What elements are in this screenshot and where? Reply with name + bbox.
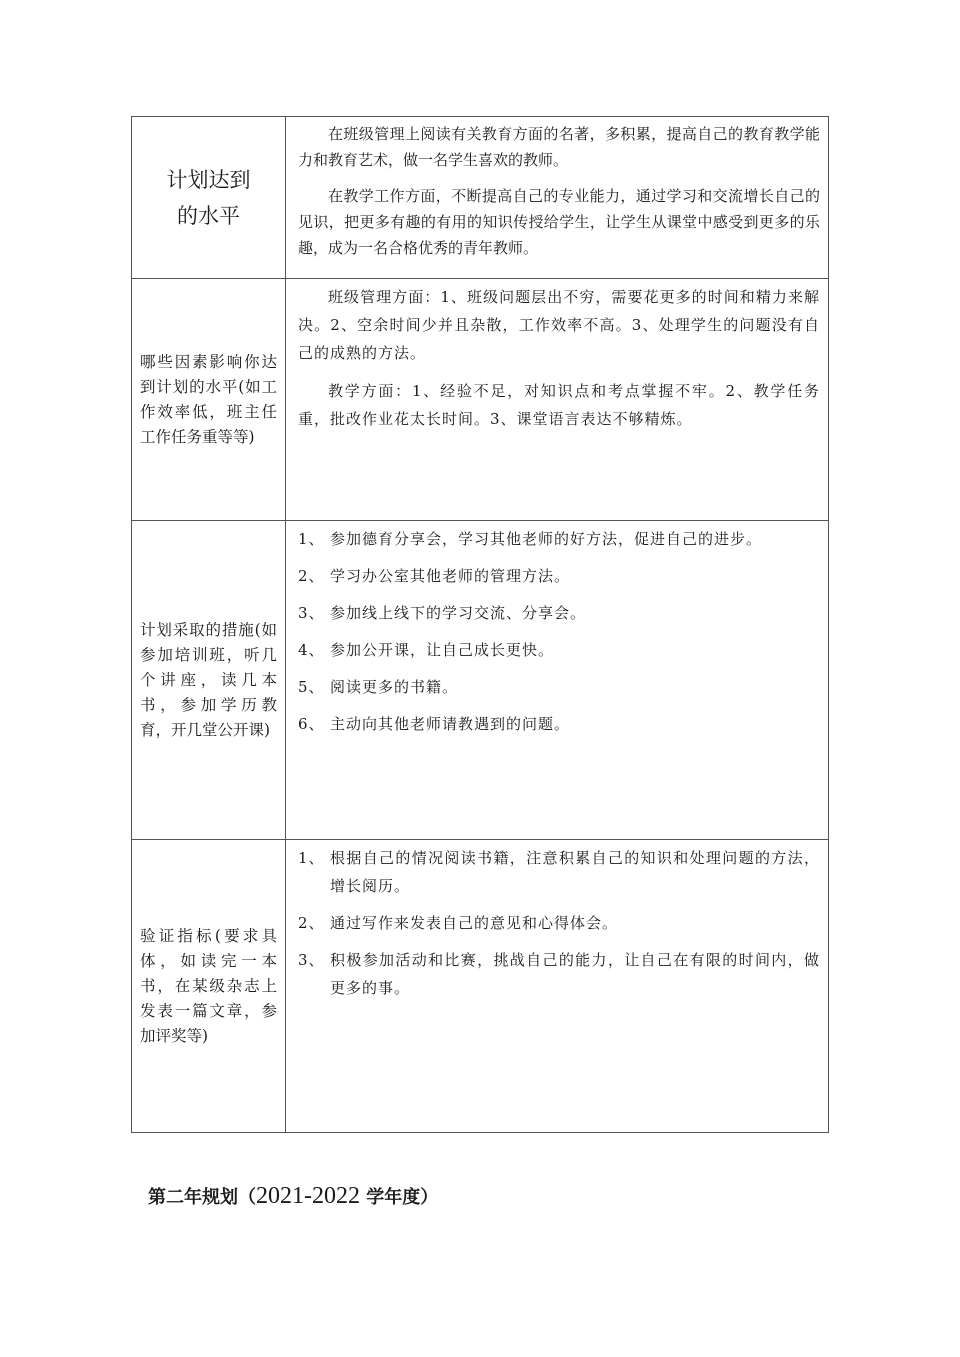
table-row-influencing-factors: 哪些因素影响你达到计划的水平(如工作效率低，班主任工作任务重等等) 班级管理方面… xyxy=(132,279,829,521)
list-item: 2、学习办公室其他老师的管理方法。 xyxy=(298,562,820,590)
paragraph: 班级管理方面：1、班级问题层出不穷，需要花更多的时间和精力来解决。2、空余时间少… xyxy=(298,283,820,367)
row-label-cell: 计划采取的措施(如参加培训班，听几个讲座，读几本书，参加学历教育，开几堂公开课) xyxy=(132,521,286,840)
row-content-cell: 班级管理方面：1、班级问题层出不穷，需要花更多的时间和精力来解决。2、空余时间少… xyxy=(286,279,829,521)
paragraph: 在班级管理上阅读有关教育方面的名著，多积累，提高自己的教育教学能力和教育艺术，做… xyxy=(298,121,820,173)
paragraph: 在教学工作方面，不断提高自己的专业能力，通过学习和交流增长自己的见识，把更多有趣… xyxy=(298,183,820,261)
row-label-planned-measures: 计划采取的措施(如参加培训班，听几个讲座，读几本书，参加学历教育，开几堂公开课) xyxy=(132,618,285,743)
list-item: 3、参加线上线下的学习交流、分享会。 xyxy=(298,599,820,627)
row-content-cell: 1、参加德育分享会，学习其他老师的好方法，促进自己的进步。 2、学习办公室其他老… xyxy=(286,521,829,840)
table-row-target-level: 计划达到 的水平 在班级管理上阅读有关教育方面的名著，多积累，提高自己的教育教学… xyxy=(132,117,829,279)
row-content-cell: 1、根据自己的情况阅读书籍，注意积累自己的知识和处理问题的方法，增长阅历。 2、… xyxy=(286,840,829,1133)
list-item: 2、通过写作来发表自己的意见和心得体会。 xyxy=(298,909,820,937)
row-label-cell: 计划达到 的水平 xyxy=(132,117,286,279)
section-heading-second-year-plan: 第二年规划（2021-2022 学年度） xyxy=(148,1183,438,1210)
list-item: 6、主动向其他老师请教遇到的问题。 xyxy=(298,710,820,738)
table-row-planned-measures: 计划采取的措施(如参加培训班，听几个讲座，读几本书，参加学历教育，开几堂公开课)… xyxy=(132,521,829,840)
list-item: 1、根据自己的情况阅读书籍，注意积累自己的知识和处理问题的方法，增长阅历。 xyxy=(298,844,820,900)
indicators-list: 1、根据自己的情况阅读书籍，注意积累自己的知识和处理问题的方法，增长阅历。 2、… xyxy=(298,844,820,1002)
row-label-verification-indicators: 验证指标(要求具体，如读完一本书，在某级杂志上发表一篇文章，参加评奖等) xyxy=(132,924,285,1049)
row-label-target-level: 计划达到 的水平 xyxy=(132,162,285,234)
development-plan-table: 计划达到 的水平 在班级管理上阅读有关教育方面的名著，多积累，提高自己的教育教学… xyxy=(131,116,829,1133)
paragraph: 教学方面：1、经验不足，对知识点和考点掌握不牢。2、教学任务重，批改作业花太长时… xyxy=(298,377,820,433)
measures-list: 1、参加德育分享会，学习其他老师的好方法，促进自己的进步。 2、学习办公室其他老… xyxy=(298,525,820,738)
list-item: 4、参加公开课，让自己成长更快。 xyxy=(298,636,820,664)
row-label-cell: 验证指标(要求具体，如读完一本书，在某级杂志上发表一篇文章，参加评奖等) xyxy=(132,840,286,1133)
list-item: 5、阅读更多的书籍。 xyxy=(298,673,820,701)
table-row-verification-indicators: 验证指标(要求具体，如读完一本书，在某级杂志上发表一篇文章，参加评奖等) 1、根… xyxy=(132,840,829,1133)
row-label-cell: 哪些因素影响你达到计划的水平(如工作效率低，班主任工作任务重等等) xyxy=(132,279,286,521)
list-item: 3、积极参加活动和比赛，挑战自己的能力，让自己在有限的时间内，做更多的事。 xyxy=(298,946,820,1002)
row-label-influencing-factors: 哪些因素影响你达到计划的水平(如工作效率低，班主任工作任务重等等) xyxy=(132,350,285,450)
list-item: 1、参加德育分享会，学习其他老师的好方法，促进自己的进步。 xyxy=(298,525,820,553)
row-content-cell: 在班级管理上阅读有关教育方面的名著，多积累，提高自己的教育教学能力和教育艺术，做… xyxy=(286,117,829,279)
